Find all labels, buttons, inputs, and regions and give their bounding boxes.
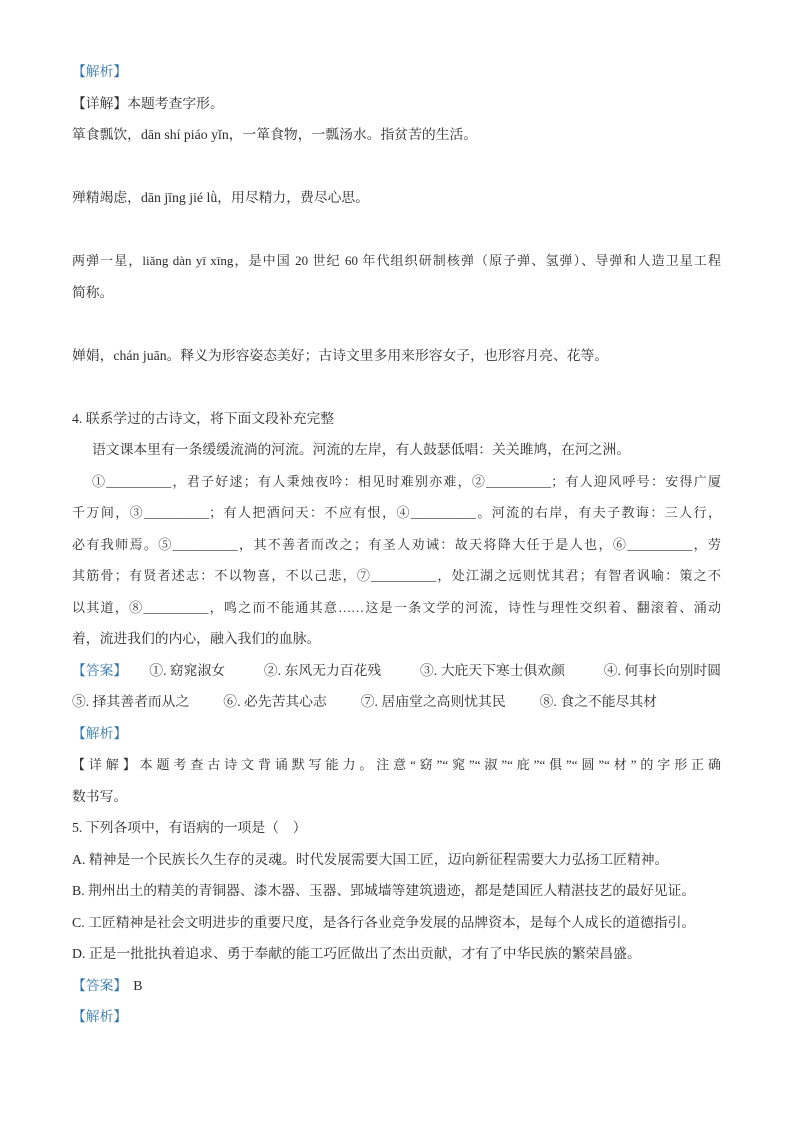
q4-passage-line-6: 以其道，⑧__________，鸣之而不能通其意……这是一条文学的河流，诗性与理… bbox=[72, 592, 721, 624]
q4-answer-6: ⑥. 必先苦其心志 bbox=[223, 686, 326, 718]
q5-option-a: A. 精神是一个民族长久生存的灵魂。时代发展需要大国工匠，迈向新征程需要大力弘扬… bbox=[72, 844, 721, 876]
q4-answer-2: ②. 东风无力百花残 bbox=[264, 655, 381, 687]
q4-stem: 4. 联系学过的古诗文，将下面文段补充完整 bbox=[72, 403, 721, 435]
q5-answer-line: 【答案】B bbox=[72, 970, 721, 1002]
q4-xiangjie-label: 【详解】 bbox=[72, 757, 140, 772]
q4-answer-label: 【答案】 bbox=[72, 655, 127, 687]
q5-answer-label: 【答案】 bbox=[72, 978, 127, 993]
q4-answer-1: ①. 窈窕淑女 bbox=[149, 655, 225, 687]
q3-xiangjie-intro: 本题考查字形。 bbox=[127, 96, 224, 111]
q4-passage-line-1: 语文课本里有一条缓缓流淌的河流。河流的左岸，有人鼓瑟低唱：关关雎鸠，在河之洲。 bbox=[72, 434, 721, 466]
q5-option-b: B. 荆州出土的精美的青铜器、漆木器、玉器、郢城墙等建筑遗迹，都是楚国匠人精湛技… bbox=[72, 875, 721, 907]
q4-passage-line-7: 着，流进我们的内心，融入我们的血脉。 bbox=[72, 623, 721, 655]
q4-jiexi-label-line: 【解析】 bbox=[72, 718, 721, 750]
q4-passage-line-5: 其筋骨；有贤者述志：不以物喜，不以己悲，⑦__________，处江湖之远则忧其… bbox=[72, 560, 721, 592]
q3-jiexi-label-line: 【解析】 bbox=[72, 56, 721, 88]
q4-passage-line-4: 必有我师焉。⑤__________，其不善者而改之；有圣人劝诫：故天将降大任于是… bbox=[72, 529, 721, 561]
q3-xiangjie-label: 【详解】 bbox=[72, 96, 127, 111]
q4-passage-line-3: 千万间，③__________；有人把酒问天：不应有恨，④__________。… bbox=[72, 497, 721, 529]
q4-answer-4: ④. 何事长向别时圆 bbox=[604, 655, 721, 687]
exam-document-page: 【解析】 【详解】本题考查字形。 箪食瓢饮，dān shí piáo yǐn，一… bbox=[0, 0, 793, 1122]
q4-answer-row-2: ⑤. 择其善者而从之 ⑥. 必先苦其心志 ⑦. 居庙堂之高则忧其民 ⑧. 食之不… bbox=[72, 686, 721, 718]
q3-def-danshipiaoyin: 箪食瓢饮，dān shí piáo yǐn，一箪食物，一瓢汤水。指贫苦的生活。 bbox=[72, 119, 721, 151]
q4-jiexi-label: 【解析】 bbox=[72, 726, 127, 741]
q5-option-c: C. 工匠精神是社会文明进步的重要尺度，是各行各业竞争发展的品牌资本，是每个人成… bbox=[72, 907, 721, 939]
q3-def-liangdanyixing-line1: 两弹一星，liǎng dàn yī xīng，是中国 20 世纪 60 年代组织… bbox=[72, 245, 721, 277]
q4-answer-7: ⑦. 居庙堂之高则忧其民 bbox=[361, 686, 506, 718]
q4-explain-text-1: 本题考查古诗文背诵默写能力。注意“窈”“窕”“淑”“庇”“俱”“圆”“材”的字形… bbox=[140, 757, 721, 772]
q4-answer-3: ③. 大庇天下寒士俱欢颜 bbox=[420, 655, 565, 687]
q4-answer-items-1: ①. 窈窕淑女 ②. 东风无力百花残 ③. 大庇天下寒士俱欢颜 ④. 何事长向别… bbox=[127, 655, 721, 687]
q4-answer-row-1: 【答案】 ①. 窈窕淑女 ②. 东风无力百花残 ③. 大庇天下寒士俱欢颜 ④. … bbox=[72, 655, 721, 687]
q4-answer-5: ⑤. 择其善者而从之 bbox=[72, 686, 189, 718]
q3-def-danjingjielv: 殚精竭虑，dān jīng jié lǜ，用尽精力，费尽心思。 bbox=[72, 182, 721, 214]
q4-passage-line-2: ①__________，君子好逑；有人秉烛夜吟：相见时难别亦难，②_______… bbox=[72, 466, 721, 498]
q4-xiangjie-line-2: 数书写。 bbox=[72, 781, 721, 813]
q3-def-chanjuan: 婵娟，chán juān。释义为形容姿态美好；古诗文里多用来形容女子，也形容月亮… bbox=[72, 340, 721, 372]
q3-jiexi-label: 【解析】 bbox=[72, 64, 127, 79]
q5-option-d: D. 正是一批批执着追求、勇于奉献的能工巧匠做出了杰出贡献，才有了中华民族的繁荣… bbox=[72, 938, 721, 970]
q3-def-liangdanyixing-line2: 简称。 bbox=[72, 277, 721, 309]
q3-xiangjie-line: 【详解】本题考查字形。 bbox=[72, 88, 721, 120]
q4-answer-8: ⑧. 食之不能尽其材 bbox=[540, 686, 657, 718]
q4-xiangjie-line-1: 【详解】本题考查古诗文背诵默写能力。注意“窈”“窕”“淑”“庇”“俱”“圆”“材… bbox=[72, 749, 721, 781]
q5-answer-value: B bbox=[133, 978, 142, 993]
q5-jiexi-label-line: 【解析】 bbox=[72, 1001, 721, 1033]
q5-stem: 5. 下列各项中，有语病的一项是（ ） bbox=[72, 812, 721, 844]
q5-jiexi-label: 【解析】 bbox=[72, 1009, 127, 1024]
